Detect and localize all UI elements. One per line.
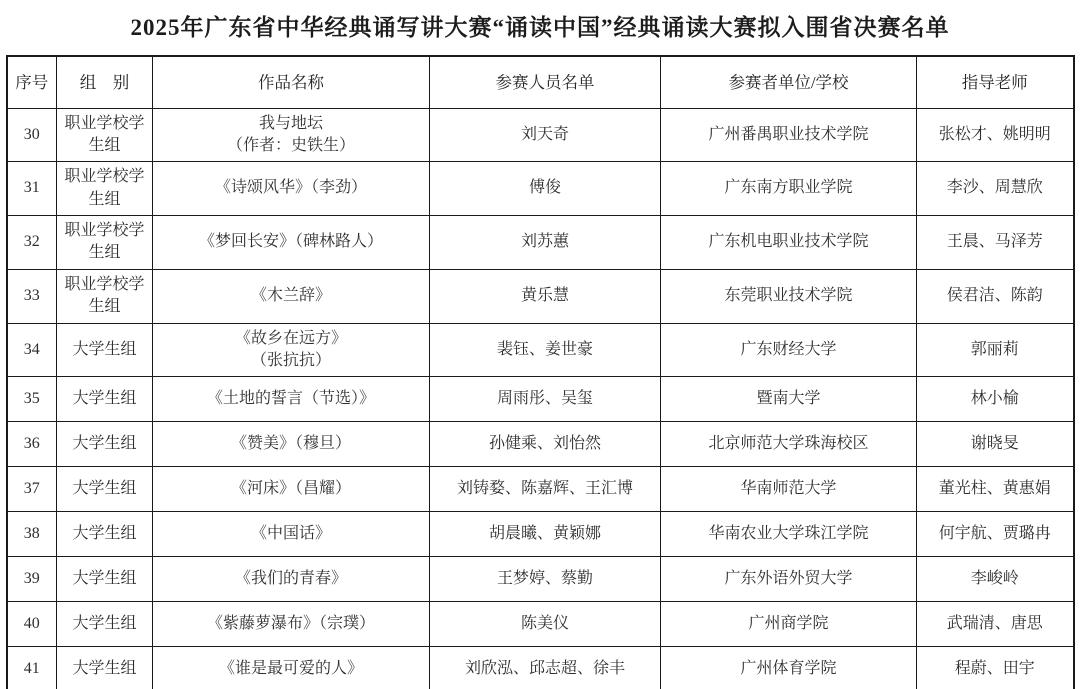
table-row: 32 职业学校学生组 《梦回长安》（碑林路人） 刘苏蕙 广东机电职业技术学院 王… xyxy=(7,216,1074,270)
page-title: 2025年广东省中华经典诵写讲大赛“诵读中国”经典诵读大赛拟入围省决赛名单 xyxy=(0,0,1080,42)
cell-teachers: 何宇航、贾璐冉 xyxy=(917,512,1074,557)
header-group: 组 别 xyxy=(57,56,153,108)
cell-school: 华南师范大学 xyxy=(661,467,917,512)
cell-teachers: 谢晓旻 xyxy=(917,422,1074,467)
cell-teachers: 武瑞清、唐思 xyxy=(917,602,1074,647)
cell-group: 大学生组 xyxy=(57,467,153,512)
cell-participants: 刘铸婺、陈嘉辉、王汇博 xyxy=(430,467,661,512)
table-row: 31 职业学校学生组 《诗颂风华》（李劲） 傅俊 广东南方职业学院 李沙、周慧欣 xyxy=(7,162,1074,216)
table-row: 36 大学生组 《赞美》（穆旦） 孙健乘、刘怡然 北京师范大学珠海校区 谢晓旻 xyxy=(7,422,1074,467)
cell-participants: 胡晨曦、黄颖娜 xyxy=(430,512,661,557)
cell-group: 大学生组 xyxy=(57,422,153,467)
cell-no: 32 xyxy=(7,216,57,270)
cell-work: 我与地坛（作者：史铁生） xyxy=(153,108,430,162)
table-row: 33 职业学校学生组 《木兰辞》 黄乐慧 东莞职业技术学院 侯君洁、陈韵 xyxy=(7,269,1074,323)
cell-no: 39 xyxy=(7,557,57,602)
table-row: 30 职业学校学生组 我与地坛（作者：史铁生） 刘天奇 广州番禺职业技术学院 张… xyxy=(7,108,1074,162)
cell-teachers: 程蔚、田宇 xyxy=(917,647,1074,689)
cell-group: 职业学校学生组 xyxy=(57,269,153,323)
cell-school: 广州番禺职业技术学院 xyxy=(661,108,917,162)
cell-work: 《紫藤萝瀑布》（宗璞） xyxy=(153,602,430,647)
cell-school: 广东南方职业学院 xyxy=(661,162,917,216)
cell-work: 《赞美》（穆旦） xyxy=(153,422,430,467)
cell-work: 《我们的青春》 xyxy=(153,557,430,602)
cell-participants: 刘苏蕙 xyxy=(430,216,661,270)
cell-school: 广东机电职业技术学院 xyxy=(661,216,917,270)
table-row: 41 大学生组 《谁是最可爱的人》 刘欣泓、邱志超、徐丰 广州体育学院 程蔚、田… xyxy=(7,647,1074,689)
cell-group: 大学生组 xyxy=(57,377,153,422)
cell-group: 职业学校学生组 xyxy=(57,216,153,270)
cell-no: 41 xyxy=(7,647,57,689)
cell-no: 34 xyxy=(7,323,57,377)
cell-no: 40 xyxy=(7,602,57,647)
cell-school: 暨南大学 xyxy=(661,377,917,422)
cell-school: 广东财经大学 xyxy=(661,323,917,377)
cell-participants: 孙健乘、刘怡然 xyxy=(430,422,661,467)
document-page: 2025年广东省中华经典诵写讲大赛“诵读中国”经典诵读大赛拟入围省决赛名单 序号… xyxy=(0,0,1080,689)
cell-teachers: 李沙、周慧欣 xyxy=(917,162,1074,216)
cell-school: 华南农业大学珠江学院 xyxy=(661,512,917,557)
cell-teachers: 张松才、姚明明 xyxy=(917,108,1074,162)
cell-teachers: 郭丽莉 xyxy=(917,323,1074,377)
cell-school: 广东外语外贸大学 xyxy=(661,557,917,602)
table-row: 37 大学生组 《河床》（昌耀） 刘铸婺、陈嘉辉、王汇博 华南师范大学 董光柱、… xyxy=(7,467,1074,512)
cell-group: 职业学校学生组 xyxy=(57,162,153,216)
cell-school: 东莞职业技术学院 xyxy=(661,269,917,323)
cell-work: 《梦回长安》（碑林路人） xyxy=(153,216,430,270)
cell-no: 33 xyxy=(7,269,57,323)
cell-participants: 王梦婷、蔡勤 xyxy=(430,557,661,602)
table-row: 35 大学生组 《土地的誓言（节选）》 周雨彤、吴玺 暨南大学 林小榆 xyxy=(7,377,1074,422)
header-teachers: 指导老师 xyxy=(917,56,1074,108)
table-row: 39 大学生组 《我们的青春》 王梦婷、蔡勤 广东外语外贸大学 李峻岭 xyxy=(7,557,1074,602)
cell-work: 《故乡在远方》（张抗抗） xyxy=(153,323,430,377)
cell-teachers: 李峻岭 xyxy=(917,557,1074,602)
cell-work: 《木兰辞》 xyxy=(153,269,430,323)
cell-participants: 周雨彤、吴玺 xyxy=(430,377,661,422)
cell-no: 36 xyxy=(7,422,57,467)
cell-participants: 裴钰、姜世豪 xyxy=(430,323,661,377)
cell-no: 30 xyxy=(7,108,57,162)
cell-work: 《谁是最可爱的人》 xyxy=(153,647,430,689)
cell-school: 北京师范大学珠海校区 xyxy=(661,422,917,467)
cell-school: 广州体育学院 xyxy=(661,647,917,689)
cell-participants: 傅俊 xyxy=(430,162,661,216)
header-row: 序号 组 别 作品名称 参赛人员名单 参赛者单位/学校 指导老师 xyxy=(7,56,1074,108)
cell-participants: 陈美仪 xyxy=(430,602,661,647)
table-header: 序号 组 别 作品名称 参赛人员名单 参赛者单位/学校 指导老师 xyxy=(7,56,1074,108)
header-no: 序号 xyxy=(7,56,57,108)
cell-work: 《土地的誓言（节选）》 xyxy=(153,377,430,422)
table-row: 40 大学生组 《紫藤萝瀑布》（宗璞） 陈美仪 广州商学院 武瑞清、唐思 xyxy=(7,602,1074,647)
cell-no: 35 xyxy=(7,377,57,422)
cell-group: 大学生组 xyxy=(57,512,153,557)
cell-teachers: 侯君洁、陈韵 xyxy=(917,269,1074,323)
table-row: 34 大学生组 《故乡在远方》（张抗抗） 裴钰、姜世豪 广东财经大学 郭丽莉 xyxy=(7,323,1074,377)
cell-teachers: 林小榆 xyxy=(917,377,1074,422)
table-row: 38 大学生组 《中国话》 胡晨曦、黄颖娜 华南农业大学珠江学院 何宇航、贾璐冉 xyxy=(7,512,1074,557)
cell-participants: 黄乐慧 xyxy=(430,269,661,323)
cell-work: 《河床》（昌耀） xyxy=(153,467,430,512)
cell-school: 广州商学院 xyxy=(661,602,917,647)
cell-work: 《中国话》 xyxy=(153,512,430,557)
cell-teachers: 董光柱、黄惠娟 xyxy=(917,467,1074,512)
cell-group: 大学生组 xyxy=(57,602,153,647)
cell-group: 大学生组 xyxy=(57,647,153,689)
header-participants: 参赛人员名单 xyxy=(430,56,661,108)
cell-work: 《诗颂风华》（李劲） xyxy=(153,162,430,216)
header-work: 作品名称 xyxy=(153,56,430,108)
cell-participants: 刘欣泓、邱志超、徐丰 xyxy=(430,647,661,689)
table-body: 30 职业学校学生组 我与地坛（作者：史铁生） 刘天奇 广州番禺职业技术学院 张… xyxy=(7,108,1074,689)
header-school: 参赛者单位/学校 xyxy=(661,56,917,108)
cell-no: 38 xyxy=(7,512,57,557)
cell-participants: 刘天奇 xyxy=(430,108,661,162)
cell-group: 职业学校学生组 xyxy=(57,108,153,162)
cell-teachers: 王晨、马泽芳 xyxy=(917,216,1074,270)
cell-group: 大学生组 xyxy=(57,557,153,602)
cell-no: 37 xyxy=(7,467,57,512)
cell-group: 大学生组 xyxy=(57,323,153,377)
finalist-table: 序号 组 别 作品名称 参赛人员名单 参赛者单位/学校 指导老师 30 职业学校… xyxy=(6,55,1075,689)
cell-no: 31 xyxy=(7,162,57,216)
